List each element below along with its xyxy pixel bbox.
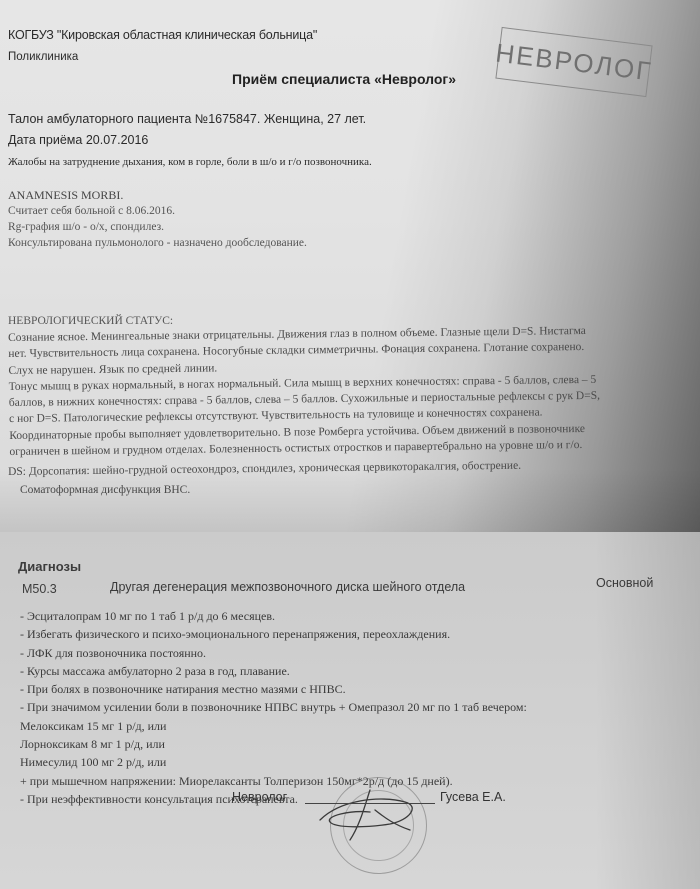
anamnesis-line: Rg-графия ш/о - о/х, спондилез. <box>8 221 164 233</box>
recommendation-item: - ЛФК для позвоночника постоянно. <box>20 644 527 662</box>
specialty-stamp: НЕВРОЛОГ <box>495 27 652 97</box>
recommendation-item: Нимесулид 100 мг 2 р/д, или <box>20 753 527 771</box>
diagnosis-text: Другая дегенерация межпозвоночного диска… <box>110 580 465 594</box>
recommendations-list: - Эсциталопрам 10 мг по 1 таб 1 р/д до 6… <box>20 607 527 808</box>
complaints: Жалобы на затруднение дыхания, ком в гор… <box>8 156 372 168</box>
handwritten-signature-icon <box>310 780 440 850</box>
document-title: Приём специалиста «Невролог» <box>232 71 456 87</box>
recommendation-item: - При болях в позвоночнике натирания мес… <box>20 680 527 698</box>
recommendation-item: Мелоксикам 15 мг 1 р/д, или <box>20 717 527 735</box>
neuro-status-heading: НЕВРОЛОГИЧЕСКИЙ СТАТУС: <box>8 315 173 327</box>
recommendation-item: - Курсы массажа амбулаторно 2 раза в год… <box>20 662 527 680</box>
neuro-status-text: Сознание ясное. Менингеальные знаки отри… <box>8 322 672 460</box>
recommendation-item: - Эсциталопрам 10 мг по 1 таб 1 р/д до 6… <box>20 607 527 625</box>
signature-role: Невролог <box>232 790 287 804</box>
recommendation-item: - Избегать физического и психо-эмоционал… <box>20 625 527 643</box>
ds-diagnosis: DS: Дорсопатия: шейно-грудной остеохондр… <box>8 460 521 478</box>
signature-name: Гусева Е.А. <box>440 790 506 804</box>
page-sheet-bottom: Диагнозы M50.3 Другая дегенерация межпоз… <box>0 532 700 889</box>
diagnoses-heading: Диагнозы <box>18 559 81 574</box>
ds-diagnosis-secondary: Соматоформная дисфункция ВНС. <box>20 484 190 496</box>
visit-date: Дата приёма 20.07.2016 <box>8 133 148 147</box>
recommendation-item: - При значимом усилении боли в позвоночн… <box>20 698 527 716</box>
recommendation-item: Лорноксикам 8 мг 1 р/д, или <box>20 735 527 753</box>
department-name: Поликлиника <box>8 51 78 63</box>
anamnesis-line: Считает себя больной с 8.06.2016. <box>8 205 175 217</box>
page-sheet-top: КОГБУЗ "Кировская областная клиническая … <box>0 0 700 532</box>
patient-talon: Талон амбулаторного пациента №1675847. Ж… <box>8 112 366 126</box>
recommendation-item: + при мышечном напряжении: Миорелаксанты… <box>20 772 527 790</box>
anamnesis-line: Консультирована пульмонолого - назначено… <box>8 237 307 249</box>
stamp-text: НЕВРОЛОГ <box>494 37 654 87</box>
diagnosis-type: Основной <box>596 576 653 590</box>
diagnosis-code: M50.3 <box>22 582 57 596</box>
anamnesis-heading: ANAMNESIS MORBI. <box>8 188 123 203</box>
signature-line <box>305 803 435 804</box>
organization-name: КОГБУЗ "Кировская областная клиническая … <box>8 28 317 42</box>
